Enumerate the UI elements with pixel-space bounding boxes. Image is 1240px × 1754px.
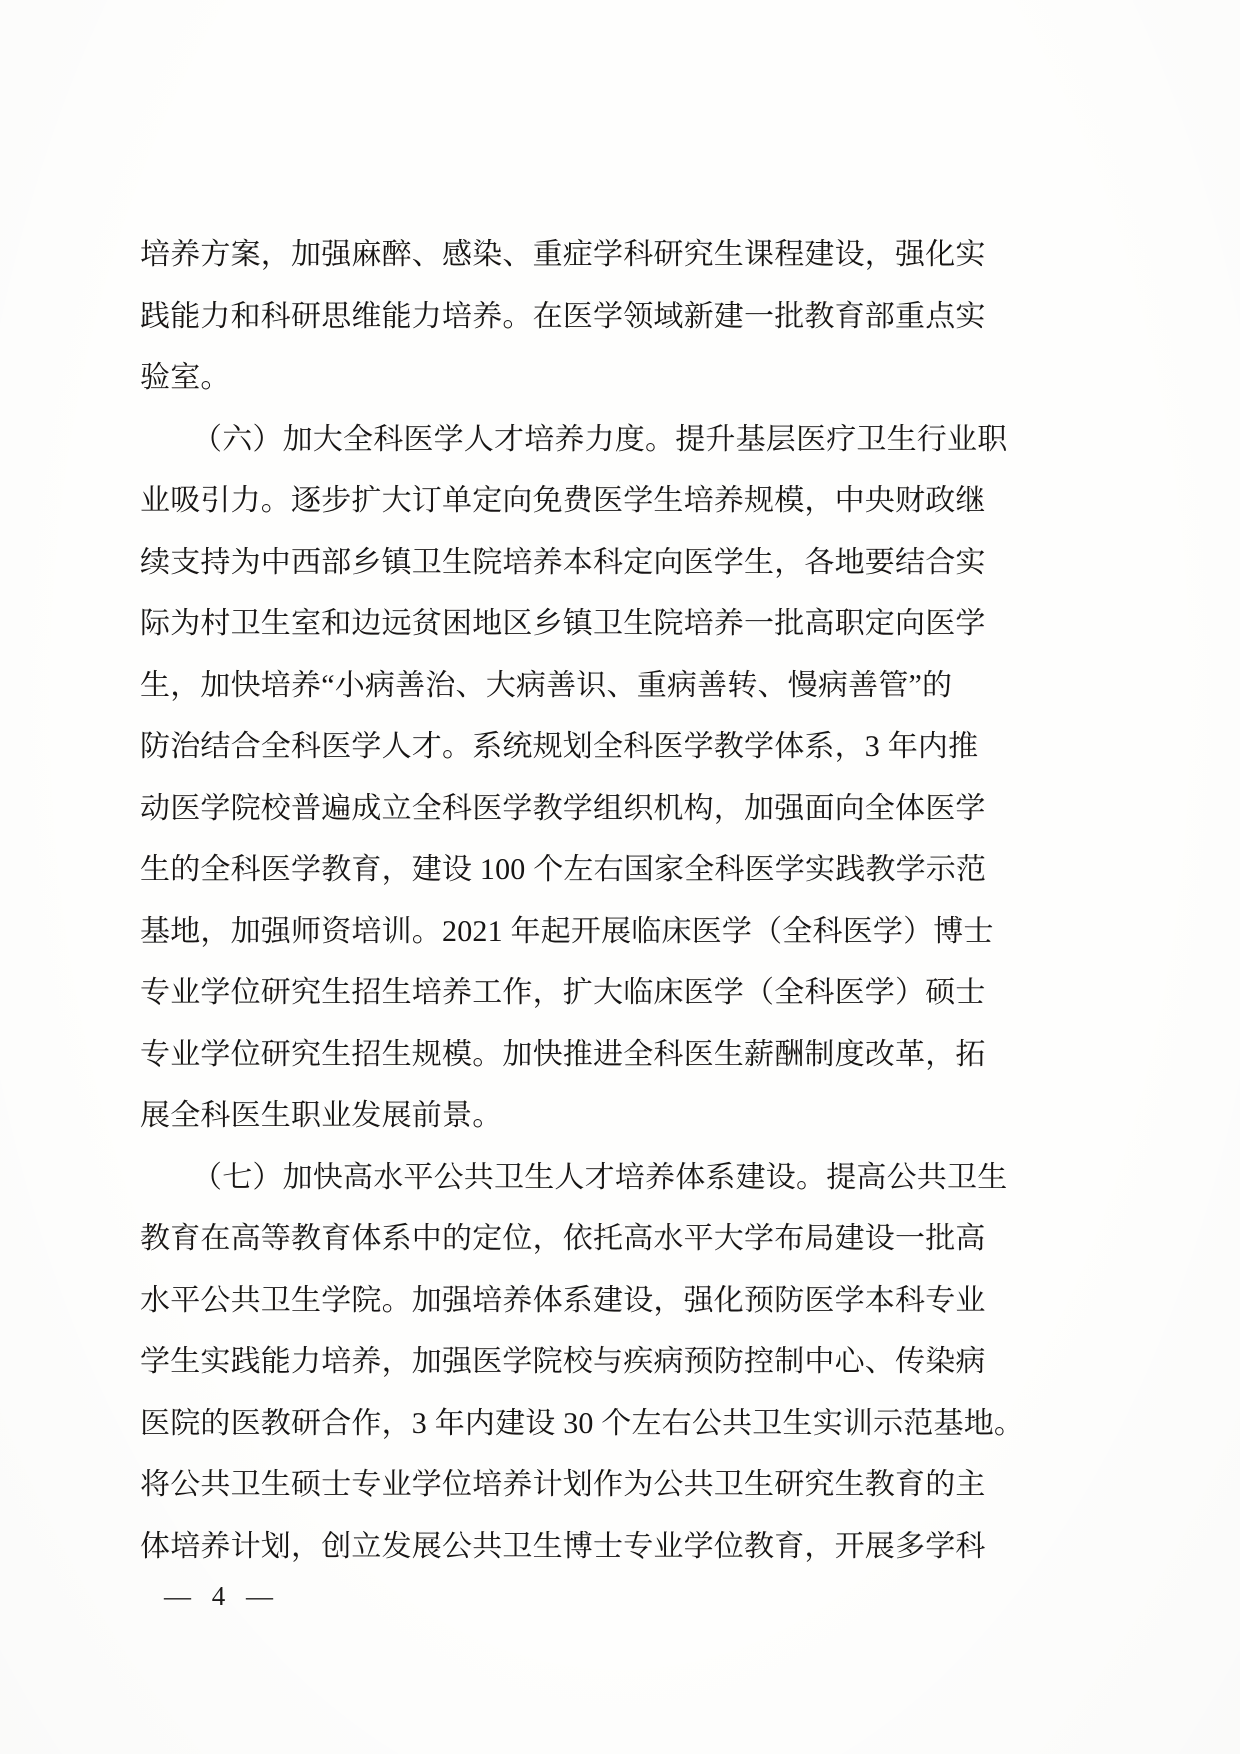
document-text-line: （七）加快高水平公共卫生人才培养体系建设。提高公共卫生	[140, 1147, 988, 1209]
document-text-line: 防治结合全科医学人才。系统规划全科医学教学体系，3 年内推	[140, 716, 988, 778]
document-text-line: 基地，加强师资培训。2021 年起开展临床医学（全科医学）博士	[140, 901, 988, 963]
document-text-line: 践能力和科研思维能力培养。在医学领域新建一批教育部重点实	[140, 286, 988, 348]
document-text-line: 验室。	[140, 347, 988, 409]
document-text-line: 际为村卫生室和边远贫困地区乡镇卫生院培养一批高职定向医学	[140, 593, 988, 655]
document-text-line: 培养方案，加强麻醉、感染、重症学科研究生课程建设，强化实	[140, 224, 988, 286]
document-text-line: 生的全科医学教育，建设 100 个左右国家全科医学实践教学示范	[140, 839, 988, 901]
document-text-line: 动医学院校普遍成立全科医学教学组织机构，加强面向全体医学	[140, 778, 988, 840]
document-text-line: 专业学位研究生招生培养工作，扩大临床医学（全科医学）硕士	[140, 962, 988, 1024]
document-text-line: 学生实践能力培养，加强医学院校与疾病预防控制中心、传染病	[140, 1331, 988, 1393]
document-body: 培养方案，加强麻醉、感染、重症学科研究生课程建设，强化实践能力和科研思维能力培养…	[140, 224, 988, 1577]
document-text-line: 专业学位研究生招生规模。加快推进全科医生薪酬制度改革，拓	[140, 1024, 988, 1086]
document-text-line: 生，加快培养“小病善治、大病善识、重病善转、慢病善管”的	[140, 655, 988, 717]
document-text-line: 体培养计划，创立发展公共卫生博士专业学位教育，开展多学科	[140, 1516, 988, 1578]
document-text-line: 医院的医教研合作，3 年内建设 30 个左右公共卫生实训示范基地。	[140, 1393, 988, 1455]
page-number: — 4 —	[164, 1576, 280, 1616]
document-text-line: 将公共卫生硕士专业学位培养计划作为公共卫生研究生教育的主	[140, 1454, 988, 1516]
document-text-line: 续支持为中西部乡镇卫生院培养本科定向医学生，各地要结合实	[140, 532, 988, 594]
document-text-line: 水平公共卫生学院。加强培养体系建设，强化预防医学本科专业	[140, 1270, 988, 1332]
document-text-line: 业吸引力。逐步扩大订单定向免费医学生培养规模，中央财政继	[140, 470, 988, 532]
document-text-line: （六）加大全科医学人才培养力度。提升基层医疗卫生行业职	[140, 409, 988, 471]
document-text-line: 展全科医生职业发展前景。	[140, 1085, 988, 1147]
document-text-line: 教育在高等教育体系中的定位，依托高水平大学布局建设一批高	[140, 1208, 988, 1270]
document-page: 培养方案，加强麻醉、感染、重症学科研究生课程建设，强化实践能力和科研思维能力培养…	[0, 0, 1240, 1754]
